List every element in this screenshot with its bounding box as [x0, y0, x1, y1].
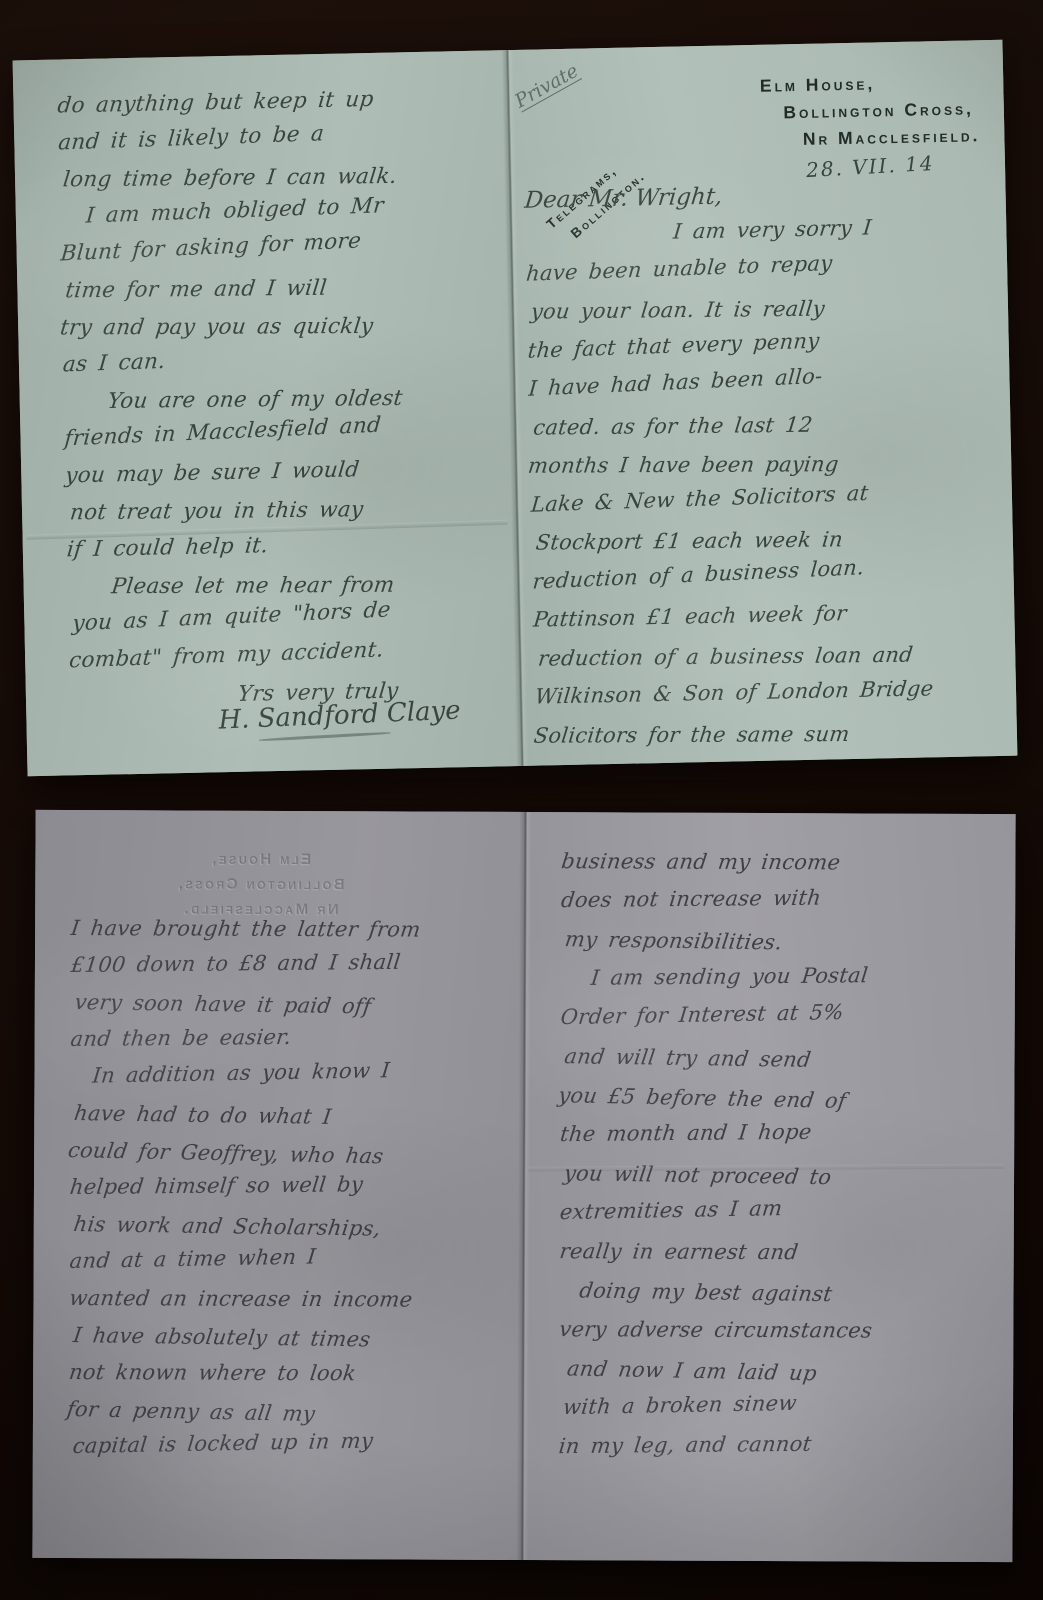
handwritten-line: does not increase with — [559, 877, 1016, 920]
handwritten-line: really in earnest and — [557, 1232, 1014, 1273]
handwriting-top-left: do anything but keep it upand it is like… — [57, 78, 507, 716]
handwritten-line: with a broken sinew — [561, 1380, 1014, 1427]
handwritten-line: capital is locked up in my — [71, 1420, 522, 1465]
handwritten-line: very adverse circumstances — [557, 1310, 1014, 1351]
lh-line: Nr Macclesfield. — [761, 122, 981, 154]
handwritten-line: have had to do what I — [72, 1095, 522, 1139]
private-annotation: Private — [511, 60, 582, 113]
handwritten-line: and will try and send — [562, 1037, 1015, 1083]
st-line: Elm House, — [35, 846, 485, 873]
handwritten-line: time for me and I will — [63, 268, 500, 310]
letter-sheet-bottom: Elm House,Bollington Cross,Nr Macclesfie… — [32, 810, 1015, 1562]
letter-date: 28. VII. 14 — [806, 151, 936, 182]
handwritten-line: in my leg, and cannot — [557, 1423, 1014, 1466]
handwriting-bottom-right: business and my incomedoes not increase … — [559, 842, 1014, 1468]
handwritten-line: £100 down to £8 and I shall — [69, 943, 524, 984]
page-bottom-left: Elm House,Bollington Cross,Nr Macclesfie… — [32, 810, 525, 1560]
handwritten-line: Solicitors for the same sum — [532, 714, 1017, 755]
page-top-left: do anything but keep it upand it is like… — [13, 50, 523, 776]
handwritten-line: Order for Interest at 5% — [559, 990, 1016, 1037]
signature-block: H. Sandford Claye — [70, 698, 502, 743]
letterhead: Elm House,Bollington Cross,Nr Macclesfie… — [760, 68, 981, 154]
handwritten-line: wanted an increase in income — [67, 1280, 522, 1319]
page-top-right: Private Telegrams,Bollington. Elm House,… — [508, 40, 1018, 766]
handwritten-line: you may be sure I would — [63, 448, 504, 494]
handwritten-line: In addition as you know I — [69, 1050, 524, 1095]
handwritten-line: cated. as for the last 12 — [531, 403, 1010, 447]
handwriting-top-right: I am very sorry Ihave been unable to rep… — [525, 206, 1015, 755]
handwritten-line: and at a time when I — [68, 1235, 523, 1280]
salutation: Dear Mr. Wright, — [523, 184, 723, 214]
letter-sheet-top: do anything but keep it upand it is like… — [13, 40, 1018, 777]
handwritten-line: extremities as I am — [558, 1185, 1015, 1232]
page-bottom-right: business and my incomedoes not increase … — [522, 812, 1015, 1562]
st-line: Bollington Cross, — [35, 871, 485, 898]
handwriting-bottom-left: I have brought the latter from£100 down … — [69, 910, 521, 1467]
handwritten-line: the month and I hope — [558, 1111, 1015, 1154]
handwritten-line: helped himself so well by — [68, 1165, 523, 1206]
handwritten-line: not known where to look — [67, 1354, 522, 1393]
